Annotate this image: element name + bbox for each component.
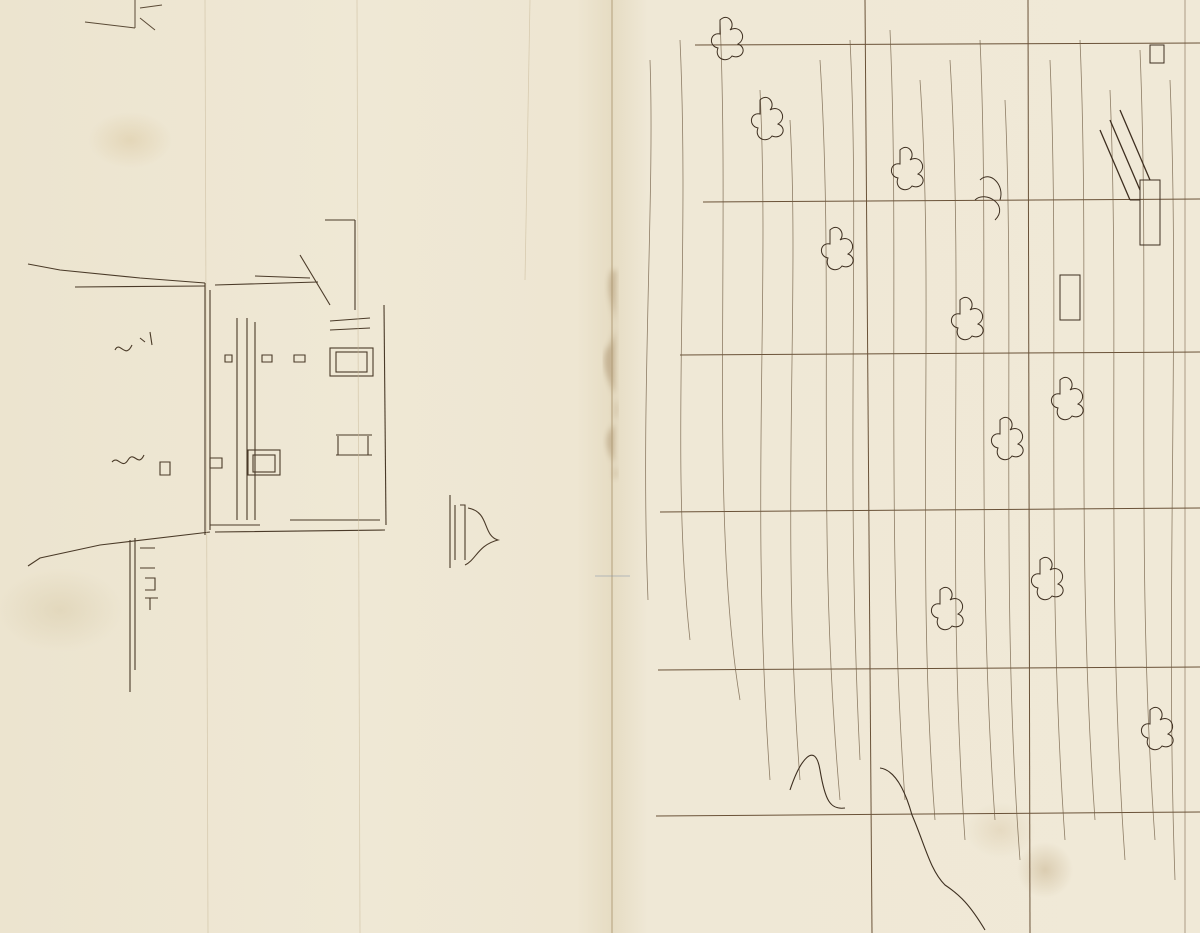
pen-drawing [0, 0, 1200, 933]
foliage-scribbles [711, 17, 1173, 749]
drawing-sheet [0, 0, 1200, 933]
landscape-hatching [646, 20, 1175, 880]
facade-sketch [28, 220, 498, 692]
hill-outline [790, 755, 985, 930]
faint-rulings [205, 0, 530, 933]
corner-fragment [85, 0, 162, 30]
fold-stain [595, 0, 630, 933]
